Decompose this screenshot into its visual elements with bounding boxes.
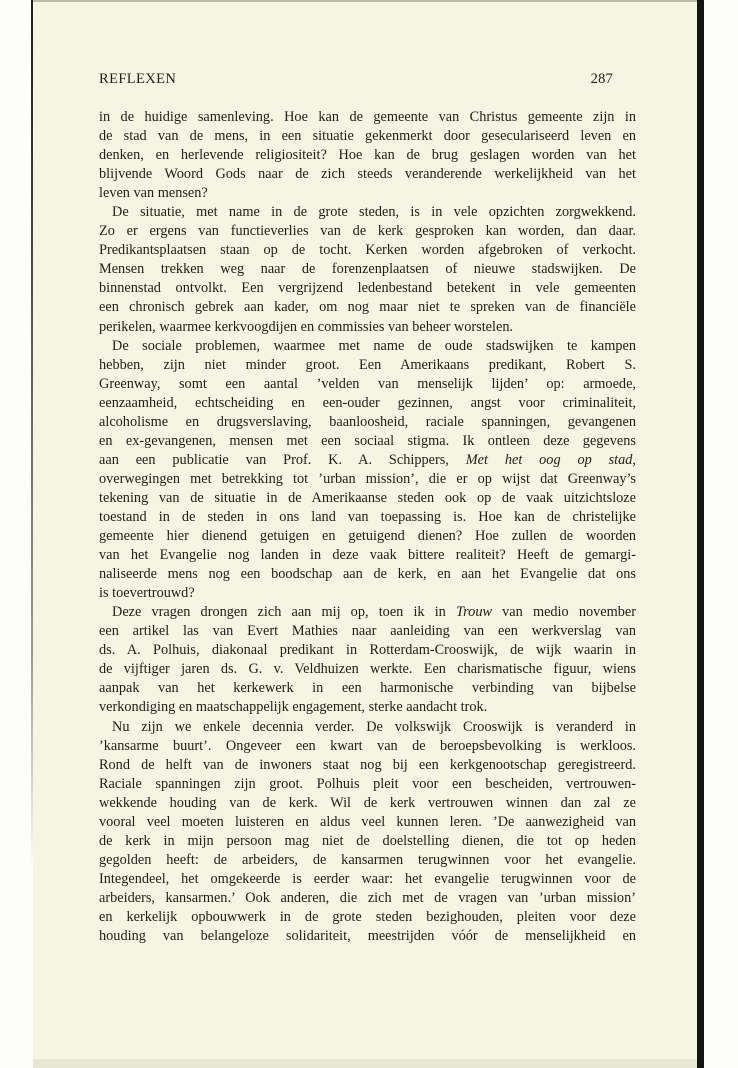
text-line: gegolden heeft: de arbeiders, de kansarm… [99,851,636,870]
text-line: en ex-gevangenen, mensen met een sociaal… [99,432,636,451]
text-line: leven van mensen? [99,184,636,203]
text-line: de stad van de mens, in een situatie gek… [99,127,636,146]
text-line: verkondiging en maatschappelijk engageme… [99,698,636,717]
text-line: ’kansarme buurt’. Ongeveer een kwart van… [99,737,636,756]
text-line: Predikantsplaatsen staan op de tocht. Ke… [99,241,636,260]
text-line: Nu zijn we enkele decennia verder. De vo… [99,718,636,737]
text-line: alcoholisme en drugsverslaving, baanloos… [99,413,636,432]
book-page: REFLEXEN 287 in de huidige samenleving. … [33,0,698,1068]
book-spine-shadow-line [31,0,33,880]
text-line: blijvende Woord Gods naar de zich steeds… [99,165,636,184]
text-line: binnenstad ontvolkt. Een vergrijzend led… [99,279,636,298]
text-line: De situatie, met name in de grote steden… [99,203,636,222]
text-line: is toevertrouwd? [99,584,636,603]
text-line: in de huidige samenleving. Hoe kan de ge… [99,108,636,127]
text-line: een artikel las van Evert Mathies naar a… [99,622,636,641]
text-line: Integendeel, het omgekeerde is eerder wa… [99,870,636,889]
text-line: Greenway, somt een aantal ’velden van me… [99,375,636,394]
text-line: arbeiders, kansarmen.’ Ook anderen, die … [99,889,636,908]
running-title: REFLEXEN [99,70,176,89]
page-number: 287 [591,70,613,89]
scanned-book-page: REFLEXEN 287 in de huidige samenleving. … [0,0,738,1068]
text-line: de kerk in mijn persoon mag niet de doel… [99,832,636,851]
text-line: Rond de helft van de inwoners staat nog … [99,756,636,775]
text-line: denken, en herlevende religiositeit? Hoe… [99,146,636,165]
page-content: REFLEXEN 287 in de huidige samenleving. … [99,70,636,946]
text-line: Raciale spanningen zijn groot. Polhuis p… [99,775,636,794]
running-head: REFLEXEN 287 [99,70,636,89]
text-line: vooral veel moeten luisteren en aldus ve… [99,813,636,832]
text-line: toestand in de steden in ons land van to… [99,508,636,527]
text-line: Deze vragen drongen zich aan mij op, toe… [99,603,636,622]
scan-edge-bar [697,0,704,1068]
text-line: ds. A. Polhuis, diakonaal predikant in R… [99,641,636,660]
text-line: hebben, zijn niet minder groot. Een Amer… [99,356,636,375]
text-line: perikelen, waarmee kerkvoogdijen en comm… [99,318,636,337]
text-line: een chronisch gebrek aan kader, om nog m… [99,298,636,317]
text-line: Mensen trekken weg naar de forenzenplaat… [99,260,636,279]
text-line: de vijftiger jaren ds. G. v. Veldhuizen … [99,660,636,679]
text-line: naliseerde mens nog een boodschap aan de… [99,565,636,584]
text-line: en kerkelijk opbouwwerk in de grote sted… [99,908,636,927]
text-line: van het Evangelie nog landen in deze vaa… [99,546,636,565]
text-line: wekkende houding van de kerk. Wil de ker… [99,794,636,813]
text-line: aanpak van het kerkewerk in een harmonis… [99,679,636,698]
text-body: in de huidige samenleving. Hoe kan de ge… [99,108,636,946]
text-line: aan een publicatie van Prof. K. A. Schip… [99,451,636,470]
text-line: Zo er ergens van functieverlies van de k… [99,222,636,241]
text-line: De sociale problemen, waarmee met name d… [99,337,636,356]
text-line: eenzaamheid, echtscheiding en een-ouder … [99,394,636,413]
text-line: tekening van de situatie in de Amerikaan… [99,489,636,508]
text-line: gemeente hier dienend getuigen en getuig… [99,527,636,546]
text-line: overwegingen met betrekking tot ’urban m… [99,470,636,489]
text-line: houding van belangeloze solidariteit, me… [99,927,636,946]
